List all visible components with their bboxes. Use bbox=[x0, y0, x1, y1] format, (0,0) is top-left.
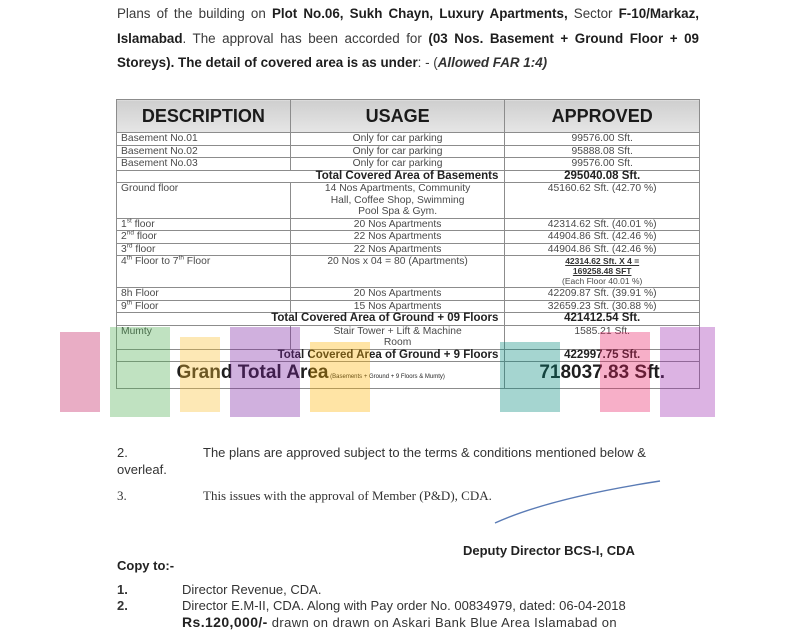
floors-total-row: Total Covered Area of Ground + 09 Floors… bbox=[117, 313, 700, 326]
copy-to-heading: Copy to:- bbox=[117, 558, 174, 573]
point-2-number: 2. bbox=[117, 445, 128, 460]
table-row: 3rd floor 22 Nos Apartments 44904.86 Sft… bbox=[117, 243, 700, 256]
covered-area-table: DESCRIPTION USAGE APPROVED Basement No.0… bbox=[116, 99, 700, 389]
copy-item-1-number: 1. bbox=[117, 582, 128, 597]
table-row: Basement No.01 Only for car parking 9957… bbox=[117, 133, 700, 146]
table-row: Mumty Stair Tower + Lift & Machine Room … bbox=[117, 325, 700, 349]
header-description: DESCRIPTION bbox=[117, 100, 291, 133]
table-row: Basement No.02 Only for car parking 9588… bbox=[117, 145, 700, 158]
table-row: 8h Floor 20 Nos Apartments 42209.87 Sft.… bbox=[117, 288, 700, 301]
floors-total-2-row: Total Covered Area of Ground + 9 Floors … bbox=[117, 349, 700, 362]
allowed-far: Allowed FAR 1:4) bbox=[438, 55, 547, 70]
grand-total-row: Grand Total Area (Basements + Ground + 9… bbox=[117, 362, 700, 389]
copy-item-2-text: Director E.M-II, CDA. Along with Pay ord… bbox=[182, 598, 700, 613]
table-row: 9th Floor 15 Nos Apartments 32659.23 Sft… bbox=[117, 300, 700, 313]
point-2-text: The plans are approved subject to the te… bbox=[203, 445, 646, 460]
point-3-number: 3. bbox=[117, 488, 127, 504]
table-row: 1st floor 20 Nos Apartments 42314.62 Sft… bbox=[117, 218, 700, 231]
point-2-cont: overleaf. bbox=[117, 462, 167, 477]
table-header: DESCRIPTION USAGE APPROVED bbox=[117, 100, 700, 133]
table-row: Basement No.03 Only for car parking 9957… bbox=[117, 158, 700, 171]
table-row: Ground floor 14 Nos Apartments, Communit… bbox=[117, 183, 700, 219]
signature-stroke bbox=[490, 478, 665, 528]
header-usage: USAGE bbox=[290, 100, 505, 133]
copy-item-1-text: Director Revenue, CDA. bbox=[182, 582, 321, 597]
plot-name: Plot No.06, Sukh Chayn, Luxury Apartment… bbox=[272, 6, 568, 21]
point-3-text: This issues with the approval of Member … bbox=[203, 488, 492, 504]
intro-paragraph: Plans of the building on Plot No.06, Suk… bbox=[117, 2, 699, 76]
header-approved: APPROVED bbox=[505, 100, 700, 133]
table-row: 2nd floor 22 Nos Apartments 44904.86 Sft… bbox=[117, 231, 700, 244]
copy-item-2-cont: Rs.120,000/- drawn on drawn on Askari Ba… bbox=[182, 614, 702, 630]
table-row: 4th Floor to 7th Floor 20 Nos x 04 = 80 … bbox=[117, 256, 700, 288]
signatory: Deputy Director BCS-I, CDA bbox=[463, 543, 635, 558]
basement-total-row: Total Covered Area of Basements 295040.0… bbox=[117, 170, 700, 183]
copy-item-2-number: 2. bbox=[117, 598, 128, 613]
